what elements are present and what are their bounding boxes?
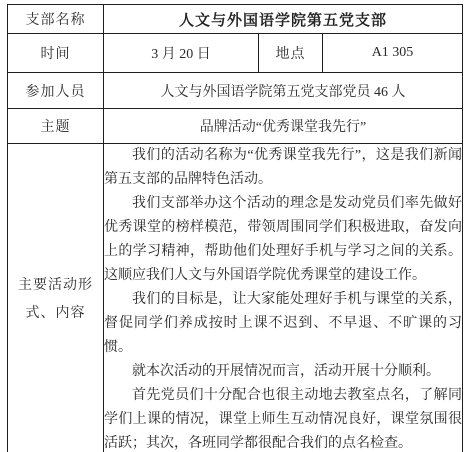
participants-value: 人文与外国语学院第五党支部党员 46 人 xyxy=(104,73,463,109)
main-activity-label: 主要活动形式、内容 xyxy=(17,272,95,328)
time-place-row: 时间 3 月 20 日 地点 A1 305 xyxy=(8,34,463,73)
main-activity-label-cell: 主要活动形式、内容 xyxy=(8,144,104,452)
participants-label: 参加人员 xyxy=(8,73,104,109)
activity-record-table: 支部名称 人文与外国语学院第五党支部 时间 3 月 20 日 地点 A1 305… xyxy=(7,4,463,452)
activity-paragraph: 我们支部举办这个活动的理念是发动党员们率先做好优秀课堂的榜样模范，带领周围同学们… xyxy=(104,192,462,288)
theme-row: 主题 品牌活动“优秀课堂我先行” xyxy=(8,109,463,144)
place-label: 地点 xyxy=(259,34,323,73)
time-value: 3 月 20 日 xyxy=(104,34,259,73)
main-activity-row: 主要活动形式、内容 我们的活动名称为“优秀课堂我先行”，这是我们新闻第五支部的品… xyxy=(8,144,463,452)
theme-value: 品牌活动“优秀课堂我先行” xyxy=(104,109,463,144)
branch-name-label: 支部名称 xyxy=(8,5,104,34)
place-value: A1 305 xyxy=(323,34,463,73)
activity-paragraph: 我们的活动名称为“优秀课堂我先行”，这是我们新闻第五支部的品牌特色活动。 xyxy=(104,144,462,192)
branch-name-value: 人文与外国语学院第五党支部 xyxy=(104,5,463,34)
activity-paragraph: 首先党员们十分配合也很主动地去教室点名，了解同学们上课的情况，课堂上师生互动情况… xyxy=(104,384,462,452)
activity-paragraph: 我们的目标是，让大家能处理好手机与课堂的关系，督促同学们养成按时上课不迟到、不早… xyxy=(104,288,462,360)
main-activity-content-cell: 我们的活动名称为“优秀课堂我先行”，这是我们新闻第五支部的品牌特色活动。 我们支… xyxy=(104,144,463,452)
activity-record-page: 支部名称 人文与外国语学院第五党支部 时间 3 月 20 日 地点 A1 305… xyxy=(0,0,468,452)
theme-label: 主题 xyxy=(8,109,104,144)
activity-paragraph: 就本次活动的开展情况而言，活动开展十分顺利。 xyxy=(104,360,462,384)
participants-row: 参加人员 人文与外国语学院第五党支部党员 46 人 xyxy=(8,73,463,109)
branch-name-row: 支部名称 人文与外国语学院第五党支部 xyxy=(8,5,463,34)
time-label: 时间 xyxy=(8,34,104,73)
